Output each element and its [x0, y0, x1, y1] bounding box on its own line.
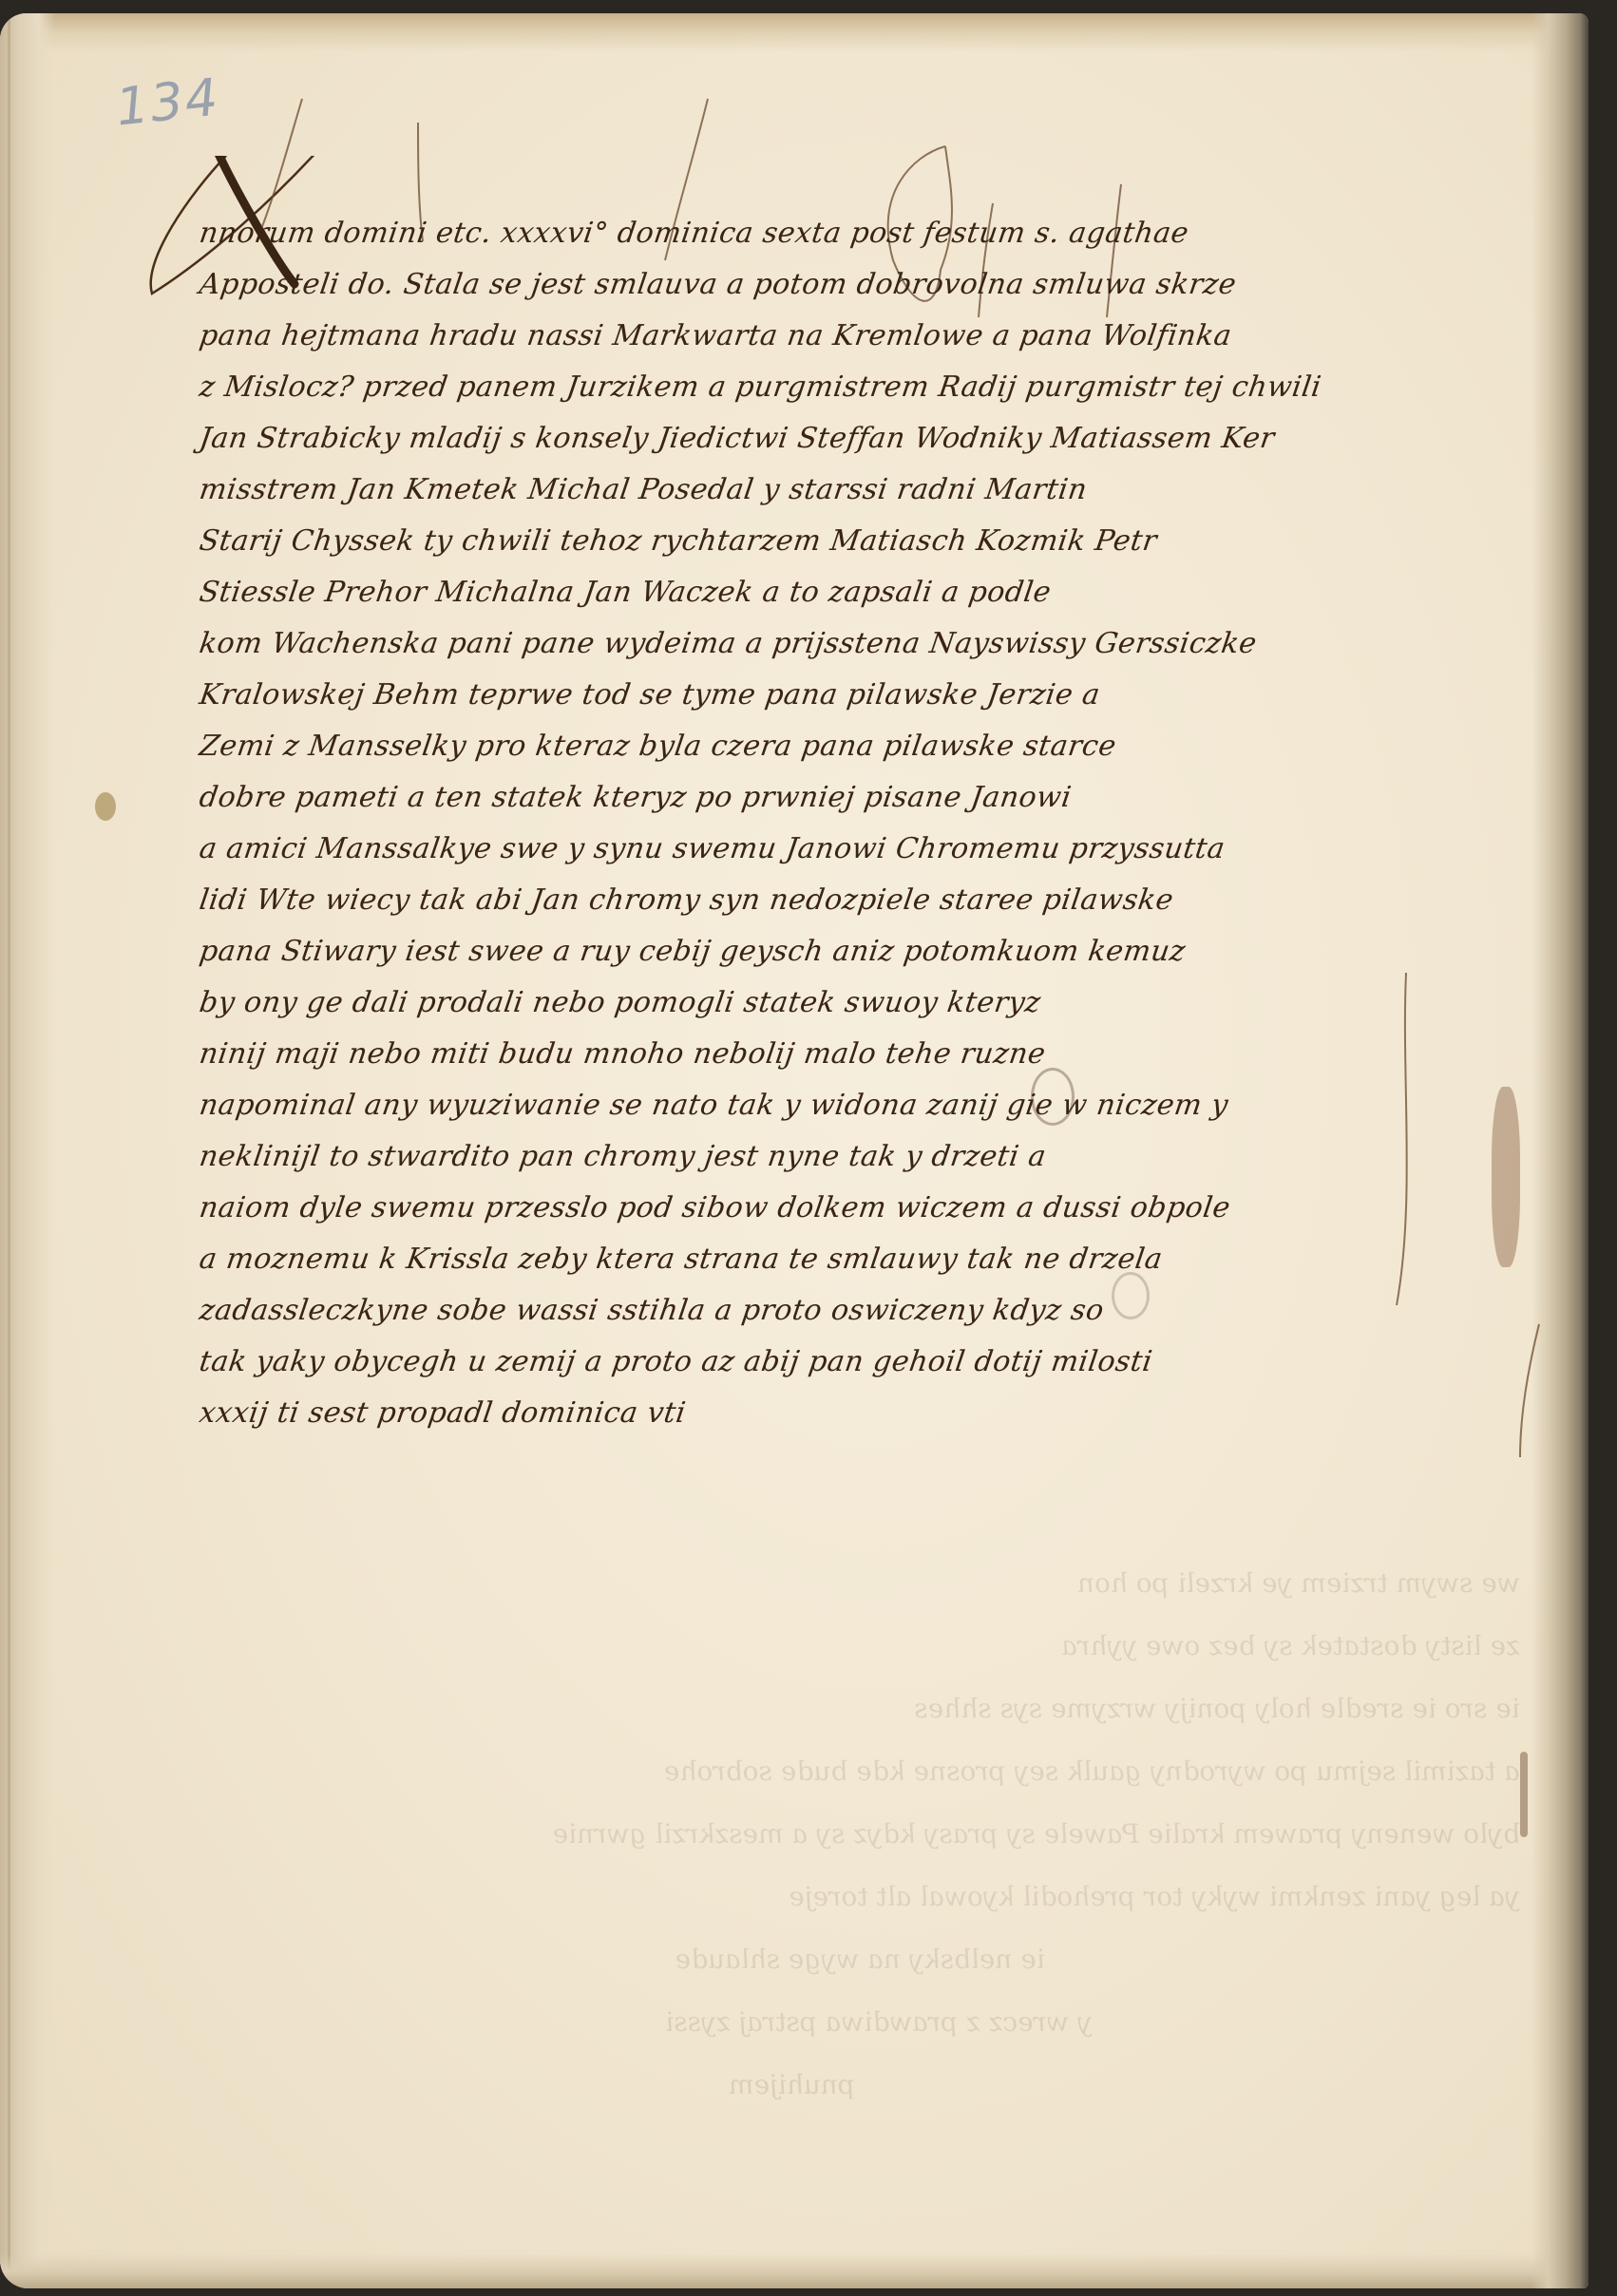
bleed-line: y wrecz z prawdiwa pstraj zyssi	[166, 1991, 1524, 2054]
bleed-line: ya leg yani zenkmi wyky tor prehodil kyo…	[166, 1866, 1524, 1928]
manuscript-page: 134 nnorum domini etc. xxxxvi° dominica …	[0, 13, 1588, 2288]
manuscript-text: nnorum domini etc. xxxxvi° dominica sext…	[200, 208, 1577, 1439]
text-line: a amici Manssalkye swe y synu swemu Jano…	[196, 824, 1581, 875]
text-line: zadassleczkyne sobe wassi sstihla a prot…	[196, 1285, 1581, 1337]
text-line: tak yaky obycegh u zemij a proto az abij…	[196, 1337, 1581, 1388]
text-line: xxxij ti sest propadl dominica vti	[196, 1388, 1581, 1439]
bleed-line: pnuhijem	[166, 2054, 1524, 2116]
bleed-through-text: we swym trziem ye krzeli po hon ze listy…	[171, 1552, 1520, 2116]
text-line: Jan Strabicky mladij s konsely Jiedictwi…	[196, 413, 1581, 465]
text-line: napominal any wyuziwanie se nato tak y w…	[196, 1080, 1581, 1131]
text-line: neklinijl to stwardito pan chromy jest n…	[196, 1131, 1581, 1183]
bottom-page-edge	[0, 2254, 1588, 2288]
text-line: nnorum domini etc. xxxxvi° dominica sext…	[196, 208, 1581, 259]
text-line: Apposteli do. Stala se jest smlauva a po…	[196, 259, 1581, 311]
text-line: by ony ge dali prodali nebo pomogli stat…	[196, 977, 1581, 1029]
folio-number: 134	[113, 66, 222, 137]
top-page-edge	[0, 13, 1588, 51]
text-line: Stiessle Prehor Michalna Jan Waczek a to…	[196, 567, 1581, 618]
text-line: Kralowskej Behm teprwe tod se tyme pana …	[196, 670, 1581, 721]
text-line: pana Stiwary iest swee a ruy cebij geysc…	[196, 926, 1581, 977]
text-line: naiom dyle swemu przesslo pod sibow dolk…	[196, 1183, 1581, 1234]
text-line: misstrem Jan Kmetek Michal Posedal y sta…	[196, 465, 1581, 516]
bleed-line: bylo weneny prawem kralie Pawele sy pras…	[166, 1803, 1524, 1866]
ink-blot	[95, 792, 116, 821]
bleed-line: ie sro ie sredle holy ponijy wrzyme sys …	[166, 1678, 1524, 1740]
bleed-line: a tazimil sejmu po wyrodny gaulk sey pro…	[166, 1740, 1524, 1803]
text-line: z Mislocz? przed panem Jurzikem a purgmi…	[196, 362, 1581, 413]
left-page-edge	[0, 13, 55, 2288]
text-line: a moznemu k Krissla zeby ktera strana te…	[196, 1234, 1581, 1285]
text-line: Starij Chyssek ty chwili tehoz rychtarze…	[196, 516, 1581, 567]
bleed-line: ie nelbsky na wyge shlaude	[166, 1928, 1524, 1991]
bleed-line: ze listy dostatek sy bez owe yyhra	[166, 1615, 1524, 1678]
text-line: pana hejtmana hradu nassi Markwarta na K…	[196, 311, 1581, 362]
text-line: kom Wachenska pani pane wydeima a prijss…	[196, 618, 1581, 670]
text-line: dobre pameti a ten statek kteryz po prwn…	[196, 772, 1581, 824]
bleed-line: we swym trziem ye krzeli po hon	[166, 1552, 1524, 1615]
text-line: ninij maji nebo miti budu mnoho nebolij …	[196, 1029, 1581, 1080]
text-line: Zemi z Mansselky pro kteraz byla czera p…	[196, 721, 1581, 772]
text-line: lidi Wte wiecy tak abi Jan chromy syn ne…	[196, 875, 1581, 926]
